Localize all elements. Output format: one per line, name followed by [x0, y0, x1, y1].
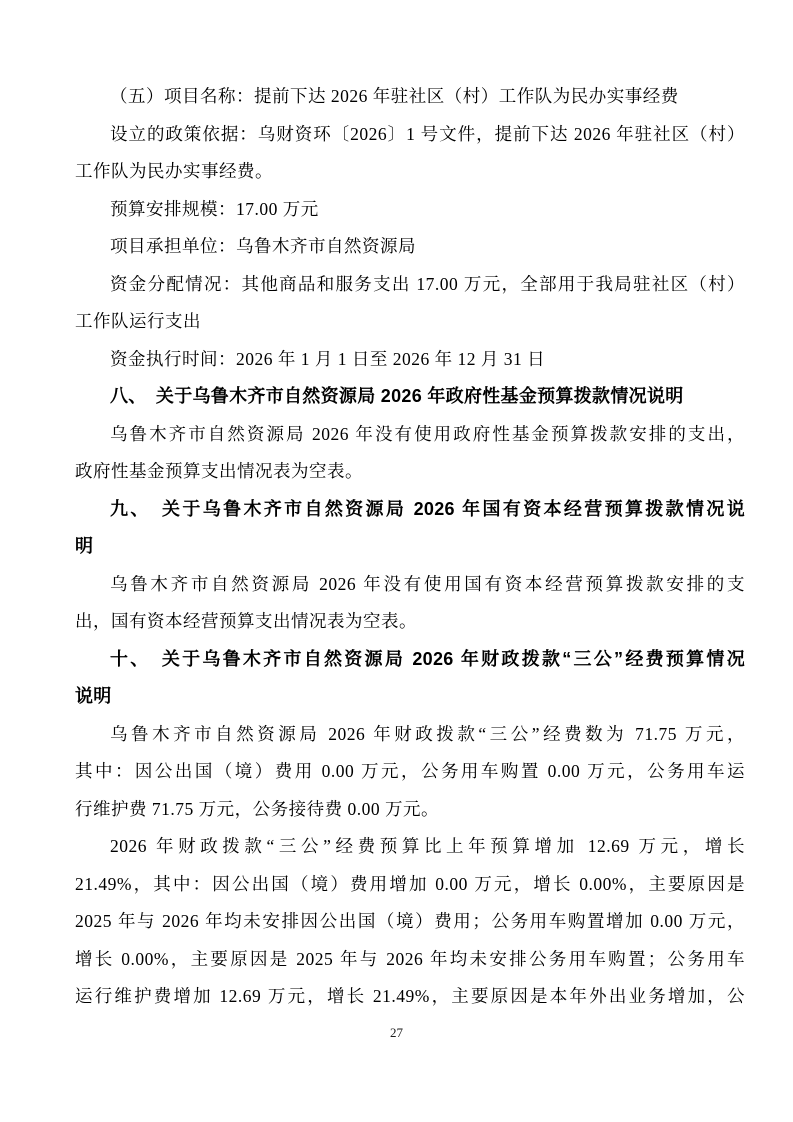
three-public-comparison-line-5: 运行维护费增加 12.69 万元，增长 21.49%，主要原因是本年外出业务增加…: [75, 978, 745, 1016]
section-9-body-line-1: 乌鲁木齐市自然资源局 2026 年没有使用国有资本经营预算拨款安排的支: [75, 566, 745, 604]
section-8-body-line-2: 政府性基金预算支出情况表为空表。: [75, 453, 745, 491]
three-public-comparison-line-1: 2026 年财政拨款“三公”经费预算比上年预算增加 12.69 万元，增长: [75, 828, 745, 866]
project-name-line: （五）项目名称：提前下达 2026 年驻社区（村）工作队为民办实事经费: [75, 78, 745, 116]
document-page: （五）项目名称：提前下达 2026 年驻社区（村）工作队为民办实事经费 设立的政…: [0, 0, 793, 1122]
section-9-heading-line-1: 九、 关于乌鲁木齐市自然资源局 2026 年国有资本经营预算拨款情况说: [75, 491, 745, 529]
three-public-comparison-line-4: 增长 0.00%，主要原因是 2025 年与 2026 年均未安排公务用车购置；…: [75, 941, 745, 979]
execution-time-line: 资金执行时间：2026 年 1 月 1 日至 2026 年 12 月 31 日: [75, 341, 745, 379]
page-number: 27: [0, 1024, 793, 1042]
fund-allocation-line-1: 资金分配情况：其他商品和服务支出 17.00 万元，全部用于我局驻社区（村）: [75, 266, 745, 304]
three-public-comparison-line-3: 2025 年与 2026 年均未安排因公出国（境）费用；公务用车购置增加 0.0…: [75, 903, 745, 941]
three-public-comparison-line-2: 21.49%，其中：因公出国（境）费用增加 0.00 万元，增长 0.00%，主…: [75, 866, 745, 904]
section-8-body-line-1: 乌鲁木齐市自然资源局 2026 年没有使用政府性基金预算拨款安排的支出，: [75, 416, 745, 454]
section-10-heading-line-1: 十、 关于乌鲁木齐市自然资源局 2026 年财政拨款“三公”经费预算情况: [75, 641, 745, 679]
section-10-heading-line-2: 说明: [75, 678, 745, 716]
budget-scale-line: 预算安排规模：17.00 万元: [75, 191, 745, 229]
policy-basis-line-1: 设立的政策依据：乌财资环〔2026〕1 号文件，提前下达 2026 年驻社区（村…: [75, 116, 745, 154]
three-public-summary-line-1: 乌鲁木齐市自然资源局 2026 年财政拨款“三公”经费数为 71.75 万元，: [75, 716, 745, 754]
section-9-heading-line-2: 明: [75, 528, 745, 566]
section-8-heading: 八、 关于乌鲁木齐市自然资源局 2026 年政府性基金预算拨款情况说明: [75, 378, 745, 416]
document-body: （五）项目名称：提前下达 2026 年驻社区（村）工作队为民办实事经费 设立的政…: [75, 78, 745, 1016]
undertaking-unit-line: 项目承担单位：乌鲁木齐市自然资源局: [75, 228, 745, 266]
policy-basis-line-2: 工作队为民办实事经费。: [75, 153, 745, 191]
fund-allocation-line-2: 工作队运行支出: [75, 303, 745, 341]
three-public-summary-line-2: 其中：因公出国（境）费用 0.00 万元，公务用车购置 0.00 万元，公务用车…: [75, 753, 745, 791]
section-9-body-line-2: 出，国有资本经营预算支出情况表为空表。: [75, 603, 745, 641]
three-public-summary-line-3: 行维护费 71.75 万元，公务接待费 0.00 万元。: [75, 791, 745, 829]
